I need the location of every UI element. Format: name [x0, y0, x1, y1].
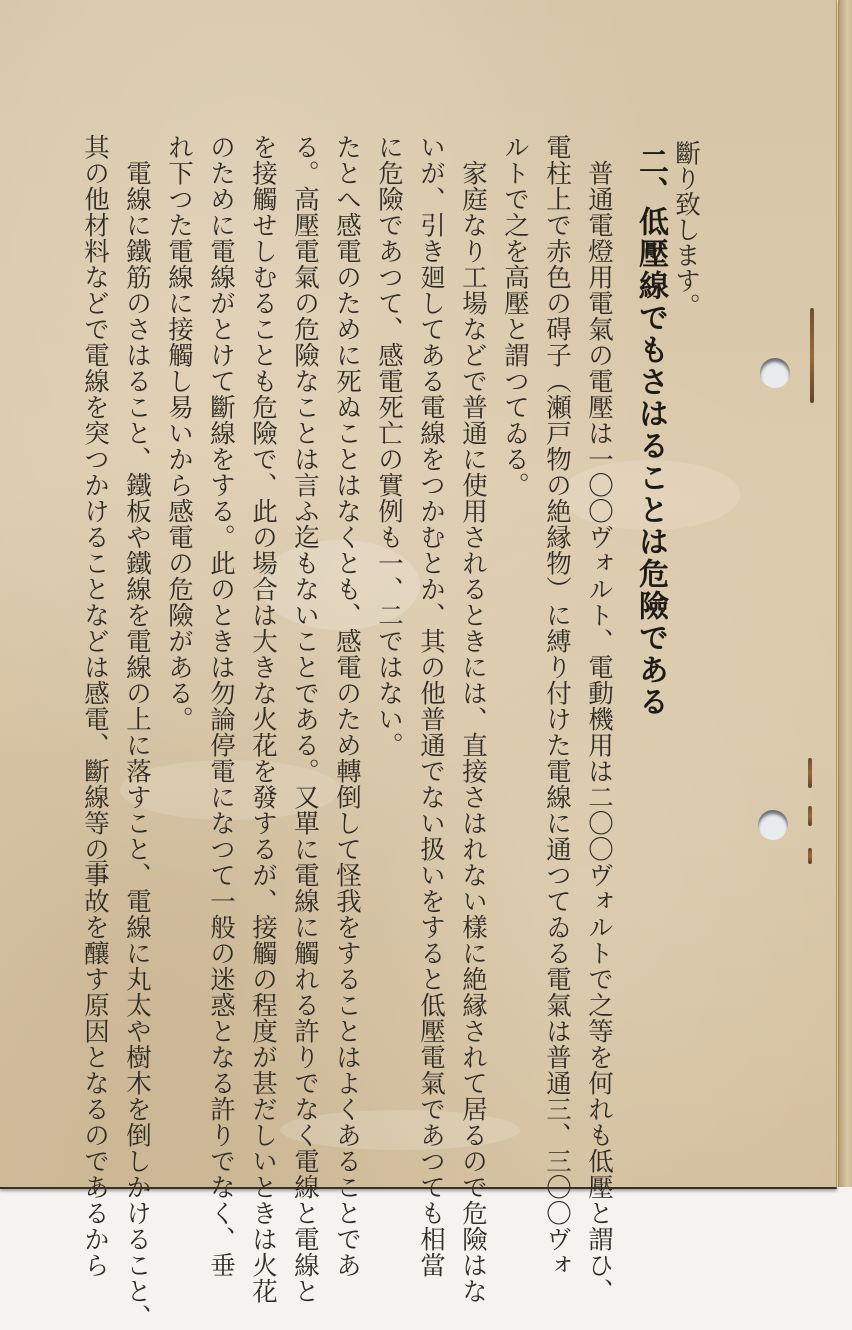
section-title: 低壓線でもさはることは危險である	[633, 206, 668, 718]
text-column: いが、引き廻してある電線をつかむとか、其の他普通でない扱いをすると低壓電氣であつ…	[410, 134, 452, 1114]
rust-mark	[808, 848, 812, 864]
rust-mark	[808, 758, 812, 788]
text-column: る。高壓電氣の危險なことは言ふ迄もないことである。又單に電線に觸れる許りでなく電…	[284, 134, 326, 1114]
text-column: れ下つた電線に接觸し易いから感電の危險がある。	[158, 134, 200, 1114]
text-column: 其の他材料などで電線を突つかけることなどは感電、斷線等の事故を釀す原因となるので…	[74, 134, 116, 1114]
section-heading: 二、低壓線でもさはることは危險である	[620, 134, 680, 1114]
text-column: 普通電燈用電氣の電壓は一〇〇ヴォルト、電動機用は二〇〇ヴォルトで之等を何れも低壓…	[578, 134, 620, 1114]
text-column: 電柱上で赤色の碍子（瀬戸物の絶縁物）に縛り付けた電線に通つてゐる電氣は普通三、三…	[536, 134, 578, 1114]
text-column: 電線に鐵筋のさはること、鐵板や鐵線を電線の上に落すこと、電線に丸太や樹木を倒しか…	[116, 134, 158, 1114]
text-column: ルトで之を高壓と謂つてゐる。	[494, 134, 536, 1114]
text-column: たとへ感電のために死ぬことはなくとも、感電のため轉倒して怪我をすることはよくある…	[326, 134, 368, 1114]
text-column: を接觸せしむることも危險で、此の場合は大きな火花を發するが、接觸の程度が甚だしい…	[242, 134, 284, 1114]
text-column: のために電線がとけて斷線をする。此のときは勿論停電になつて一般の迷惑となる許りで…	[200, 134, 242, 1114]
page-fold-line	[836, 0, 837, 1187]
page-number: 三	[80, 858, 111, 880]
text-column: 家庭なり工場などで普通に使用されるときには、直接さはれない樣に絶縁されて居るので…	[452, 134, 494, 1114]
text-column: に危險であつて、感電死亡の實例も一、二ではない。	[368, 134, 410, 1114]
rust-mark	[808, 806, 812, 826]
vertical-text-block: 二、低壓線でもさはることは危險である 普通電燈用電氣の電壓は一〇〇ヴォルト、電動…	[74, 134, 680, 1114]
binding-edge	[838, 0, 852, 1187]
punch-hole-bottom	[758, 810, 788, 840]
section-number: 二、	[633, 146, 668, 206]
punch-hole-top	[760, 358, 790, 388]
rust-mark	[810, 308, 814, 403]
